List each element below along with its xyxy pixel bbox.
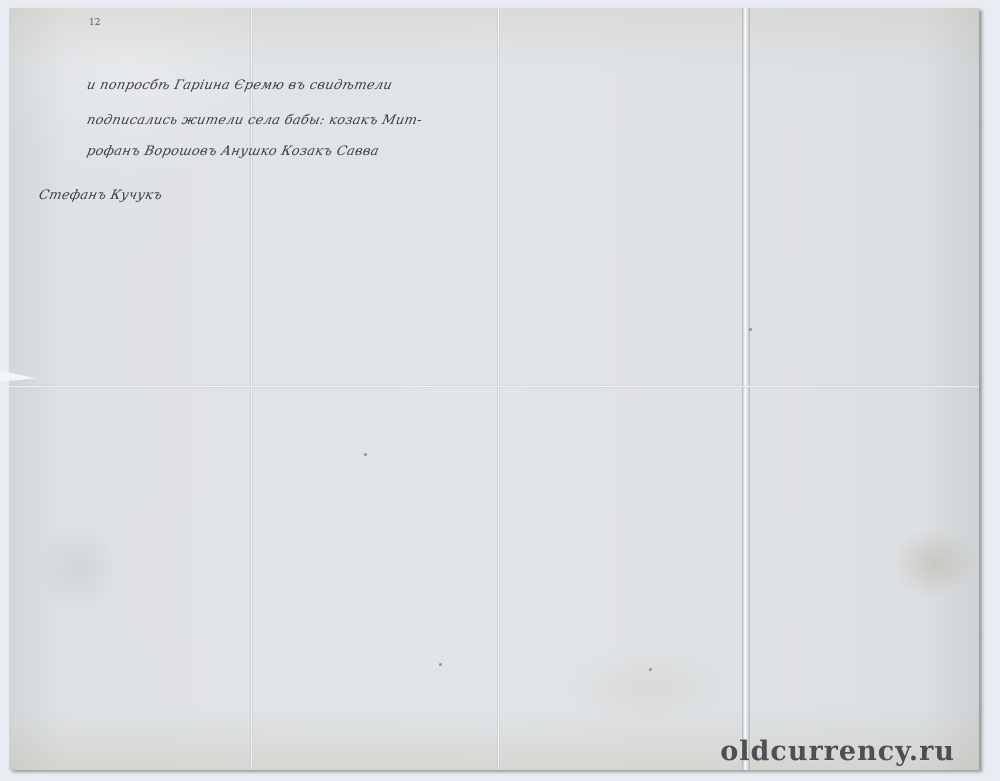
handwritten-line-4: Стефанъ Кучукъ: [37, 188, 163, 203]
speck: [364, 453, 367, 456]
document-sheet: 12 и попросбѣ Гаріина Єремю въ свидѣтели…: [9, 8, 979, 770]
handwritten-line-3: рофанъ Ворошовъ Анушко Козакъ Савва: [85, 144, 380, 159]
handwritten-line-1: и попросбѣ Гаріина Єремю въ свидѣтели: [85, 78, 393, 93]
corner-mark: 12: [89, 18, 100, 28]
site-watermark: oldcurrency.ru: [720, 736, 955, 767]
handwritten-line-2: подписались жители села бабы: козакъ Мит…: [85, 113, 423, 128]
vertical-fold-right-torn: [742, 8, 750, 770]
horizontal-fold: [9, 385, 979, 388]
vertical-fold-center: [497, 8, 500, 770]
speck: [749, 328, 752, 331]
speck: [649, 668, 652, 671]
speck: [439, 663, 442, 666]
